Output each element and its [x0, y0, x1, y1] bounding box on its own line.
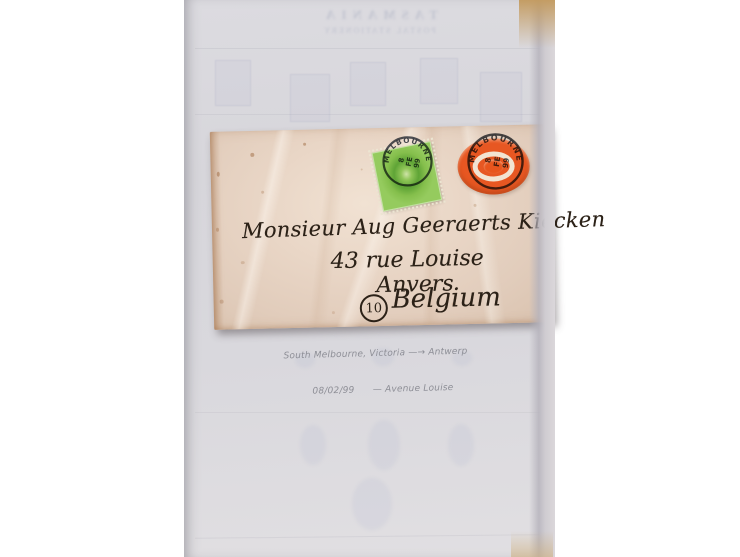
- foxing-spot: [473, 204, 476, 207]
- ghost-stamp-outline: [290, 74, 330, 122]
- melbourne-postmark-left: MELBOURNE 8 FE 99: [379, 133, 436, 190]
- photo-of-stamp-album-page: TASMANIA POSTAL STATIONERY: [0, 0, 740, 557]
- foxing-spot: [217, 172, 220, 177]
- envelope-cover: MELBOURNE 8 FE 99 MELBOURNE 8 FE 99: [210, 124, 554, 330]
- pencil-annotation-line-1: South Melbourne, Victoria —→ Antwerp: [283, 346, 467, 363]
- page-corner-tan-bottom: [511, 531, 553, 557]
- foxing-spot: [361, 168, 363, 170]
- foxing-spot: [303, 143, 306, 146]
- postmark-date-year: 99: [413, 158, 423, 169]
- ghost-stamp-outline: [480, 72, 522, 122]
- foxing-spot: [250, 153, 254, 157]
- ghost-stamp-outline: [300, 425, 326, 465]
- pencil-annotation-line-2: 08/02/99 — Avenue Louise: [312, 382, 468, 398]
- foxing-spot: [261, 191, 264, 194]
- circled-rate-number: 10: [360, 294, 389, 323]
- foxing-spot: [332, 311, 335, 314]
- ghost-stamp-outline: [420, 58, 458, 104]
- ghost-stamp-outline: [215, 60, 251, 106]
- guide-line: [195, 534, 540, 539]
- pencil-annotation: South Melbourne, Victoria —→ Antwerp 08/…: [283, 322, 469, 423]
- foxing-spot: [216, 228, 219, 232]
- postmark-date-year: 99: [501, 157, 511, 169]
- page-right-edge: [529, 0, 555, 557]
- album-page: TASMANIA POSTAL STATIONERY: [184, 0, 555, 557]
- ghost-showthrough-subtitle: POSTAL STATIONERY: [274, 26, 484, 35]
- ghost-stamp-outline: [352, 478, 392, 530]
- ghost-showthrough-title: TASMANIA: [274, 7, 484, 23]
- ghost-stamp-outline: [350, 62, 386, 106]
- ghost-stamp-outline: [448, 424, 474, 466]
- foxing-spot: [220, 300, 224, 304]
- foxing-spot: [241, 261, 245, 264]
- address-line-2: 43 rue Louise: [330, 246, 484, 274]
- melbourne-postmark-right: MELBOURNE 8 FE 99: [463, 129, 528, 194]
- ghost-stamp-outline: [368, 420, 400, 470]
- address-line-4: Belgium: [391, 282, 501, 314]
- guide-line: [195, 48, 540, 49]
- page-corner-tan-top: [519, 0, 555, 48]
